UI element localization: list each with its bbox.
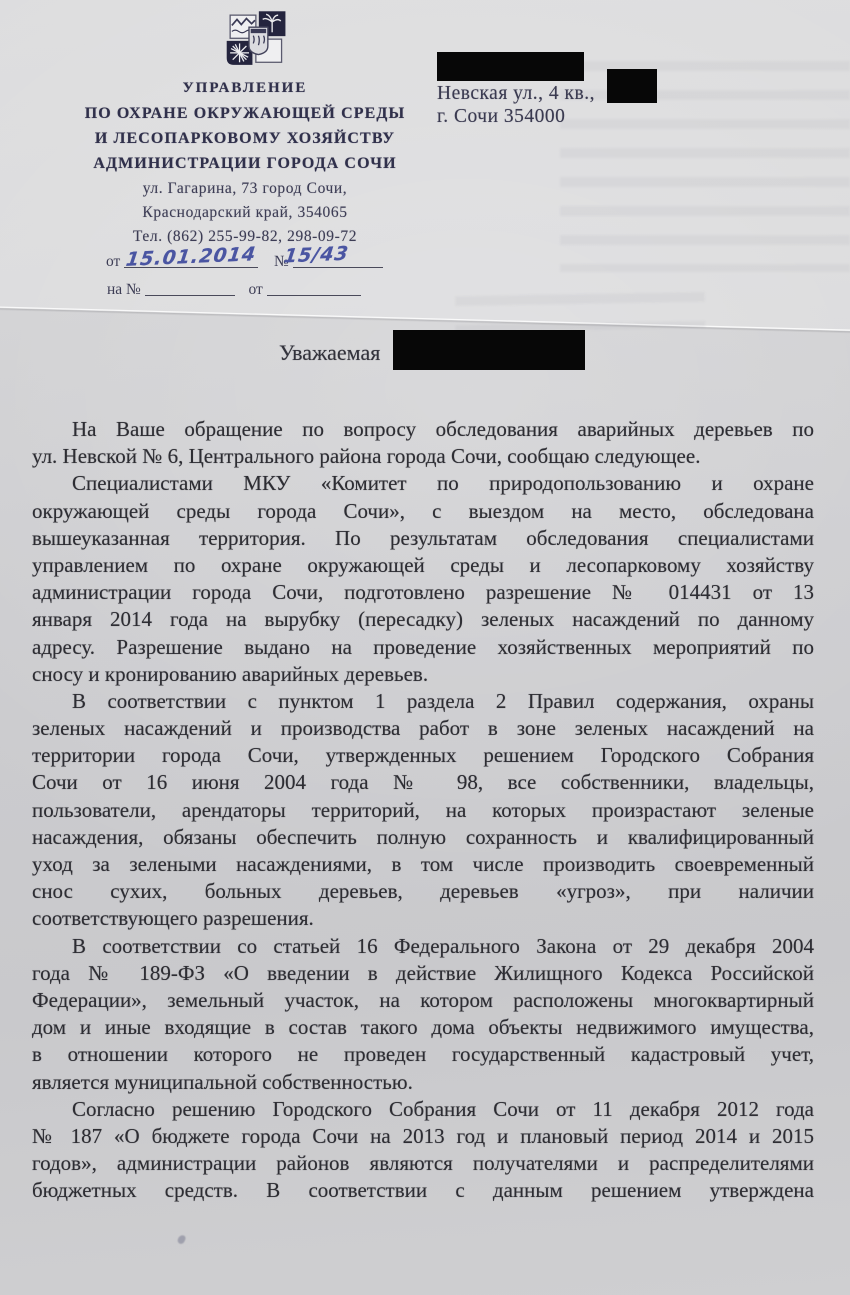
body-line: зеленых насаждений и производства работ … xyxy=(32,715,814,742)
body-line: снос сухих, больных деревьев, деревьев «… xyxy=(32,878,814,905)
body-line: годов», администрации районов являются п… xyxy=(32,1150,814,1177)
redaction-box-name xyxy=(437,52,584,81)
reply-no-line xyxy=(145,281,235,296)
salutation-text: Уважаемая xyxy=(279,340,380,366)
body-line: насаждения, обязаны обеспечить полную со… xyxy=(32,824,814,851)
bleed-through-text xyxy=(560,42,850,272)
redaction-box-salutation-name xyxy=(393,330,585,370)
body-line: На Ваше обращение по вопросу обследовани… xyxy=(32,416,814,443)
body-line: ул. Невской № 6, Центрального района гор… xyxy=(32,443,814,470)
body-line: вышеуказанная территория. По результатам… xyxy=(32,525,814,552)
body-line: В соответствии с пунктом 1 раздела 2 Пра… xyxy=(32,688,814,715)
body-line: окружающей среды города Сочи», с выездом… xyxy=(32,498,814,525)
body-line: управлением по охране окружающей среды и… xyxy=(32,552,814,579)
ink-speck xyxy=(176,1234,186,1245)
body-text: На Ваше обращение по вопросу обследовани… xyxy=(32,416,814,1204)
body-line: В соответствии со статьей 16 Федеральног… xyxy=(32,933,814,960)
body-line: Согласно решению Городского Собрания Соч… xyxy=(32,1096,814,1123)
body-line: сносу и кронированию аварийных деревьев. xyxy=(32,661,814,688)
body-line: Федерации», земельный участок, на которо… xyxy=(32,987,814,1014)
reply-ref-row: на № от xyxy=(107,281,361,299)
body-line: дом и иные входящие в состав такого дома… xyxy=(32,1014,814,1041)
body-line: является муниципальной собственностью. xyxy=(32,1069,814,1096)
scanned-letter-page: УПРАВЛЕНИЕ ПО ОХРАНЕ ОКРУЖАЮЩЕЙ СРЕДЫ И … xyxy=(0,0,850,1295)
recipient-address-line: г. Сочи 354000 xyxy=(437,106,565,128)
org-address-line: Краснодарский край, 354065 xyxy=(40,204,450,222)
org-address-line: ул. Гагарина, 73 город Сочи, xyxy=(40,180,450,198)
body-line: администрации города Сочи, подготовлено … xyxy=(32,579,814,606)
org-name-line: УПРАВЛЕНИЕ xyxy=(40,80,450,97)
reply-ot-label: от xyxy=(248,281,262,298)
body-line: Сочи от 16 июня 2004 года № 98, все собс… xyxy=(32,769,814,796)
body-line: в отношении которого не проведен государ… xyxy=(32,1041,814,1068)
reply-na-label: на № xyxy=(107,281,141,298)
sochi-coat-of-arms-icon xyxy=(218,10,304,70)
org-name-line: И ЛЕСОПАРКОВОМУ ХОЗЯЙСТВУ xyxy=(40,130,450,148)
body-line: года № 189-ФЗ «О введении в действие Жил… xyxy=(32,960,814,987)
handwritten-ref-number: 15/43 xyxy=(283,243,351,268)
ref-from-label: от xyxy=(106,253,120,270)
body-line: территории города Сочи, утвержденных реш… xyxy=(32,742,814,769)
reply-date-line xyxy=(267,281,361,296)
body-line: пользователи, арендаторы территорий, на … xyxy=(32,797,814,824)
body-line: января 2014 года на вырубку (пересадку) … xyxy=(32,606,814,633)
org-name-line: ПО ОХРАНЕ ОКРУЖАЮЩЕЙ СРЕДЫ xyxy=(40,105,450,123)
body-line: бюджетных средств. В соответствии с данн… xyxy=(32,1177,814,1204)
recipient-address-line: Невская ул., 4 кв., xyxy=(437,83,595,105)
bleed-through-text xyxy=(455,273,706,332)
body-line: № 187 «О бюджете города Сочи на 2013 год… xyxy=(32,1123,814,1150)
body-line: адресу. Разрешение выдано на проведение … xyxy=(32,634,814,661)
body-line: уход за зелеными насаждениями, в том чис… xyxy=(32,851,814,878)
body-line: Специалистами МКУ «Комитет по природопол… xyxy=(32,470,814,497)
org-name-line: АДМИНИСТРАЦИИ ГОРОДА СОЧИ xyxy=(40,155,450,173)
body-line: соответствующего разрешения. xyxy=(32,905,814,932)
redaction-box-apartment xyxy=(607,69,657,103)
